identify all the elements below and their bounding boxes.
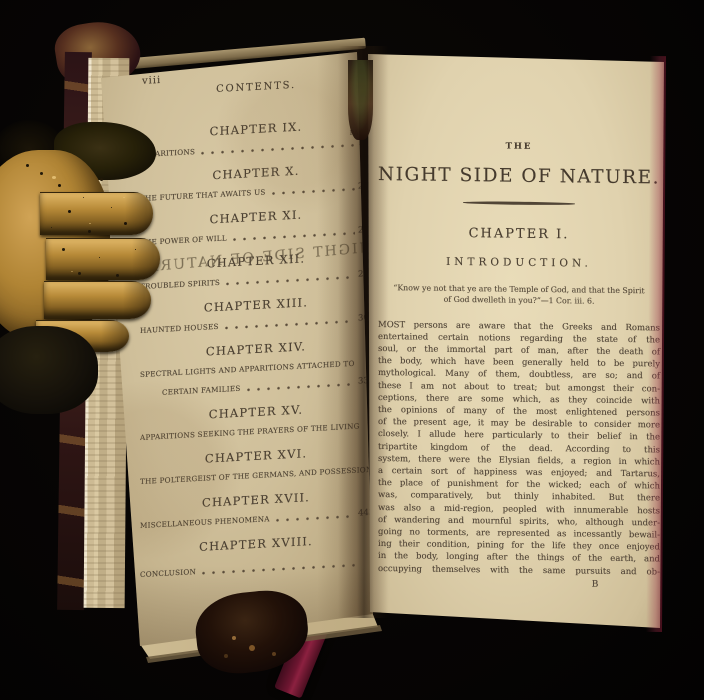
right-page-fore-edge <box>646 56 666 632</box>
hand-finger-2 <box>46 238 160 280</box>
half-title: THE <box>378 140 660 153</box>
dot-leader <box>201 143 355 156</box>
toc-entry-title: CONCLUSION <box>140 566 196 580</box>
hand-patina-specks <box>26 164 29 167</box>
book-title: NIGHT SIDE OF NATURE. <box>378 164 660 188</box>
epigraph-line: of God dwelleth in you?”—1 Cor. iii. 6. <box>378 293 660 308</box>
gutter-top-marker <box>348 60 373 140</box>
title-rule <box>463 201 575 205</box>
hand-gold-glints <box>52 176 56 179</box>
gilded-hand-sculpture <box>0 118 175 413</box>
leather-wear-spots <box>232 636 236 640</box>
right-page: THE NIGHT SIDE OF NATURE. CHAPTER I. INT… <box>352 48 670 640</box>
hand-wrist-shadow <box>0 326 98 414</box>
toc-entry-title: APPARITIONS SEEKING THE PRAYERS OF THE L… <box>140 420 360 443</box>
hand-finger-1 <box>40 192 153 235</box>
toc-entry-title: MISCELLANEOUS PHENOMENA <box>140 513 270 531</box>
dot-leader <box>226 275 355 287</box>
section-heading: INTRODUCTION. <box>378 255 660 270</box>
signature-mark: B <box>454 578 704 591</box>
dot-leader <box>225 319 355 331</box>
folio-number: viii <box>142 75 161 87</box>
chapter-heading: CHAPTER I. <box>378 225 660 243</box>
dot-leader <box>233 231 355 242</box>
epigraph: “Know ye not that ye are the Temple of G… <box>378 282 660 308</box>
hand-finger-3 <box>44 281 151 319</box>
chapter-opening-page: THE NIGHT SIDE OF NATURE. CHAPTER I. INT… <box>378 128 660 651</box>
body-line: occupying themselves with the same pursu… <box>378 563 660 579</box>
body-paragraph: MOST persons are aware that the Greeks a… <box>378 319 660 579</box>
dot-leader <box>202 563 355 576</box>
book-photo: viii CONTENTS. PAGE NIGHT SIDE OF NATURE… <box>0 0 704 700</box>
